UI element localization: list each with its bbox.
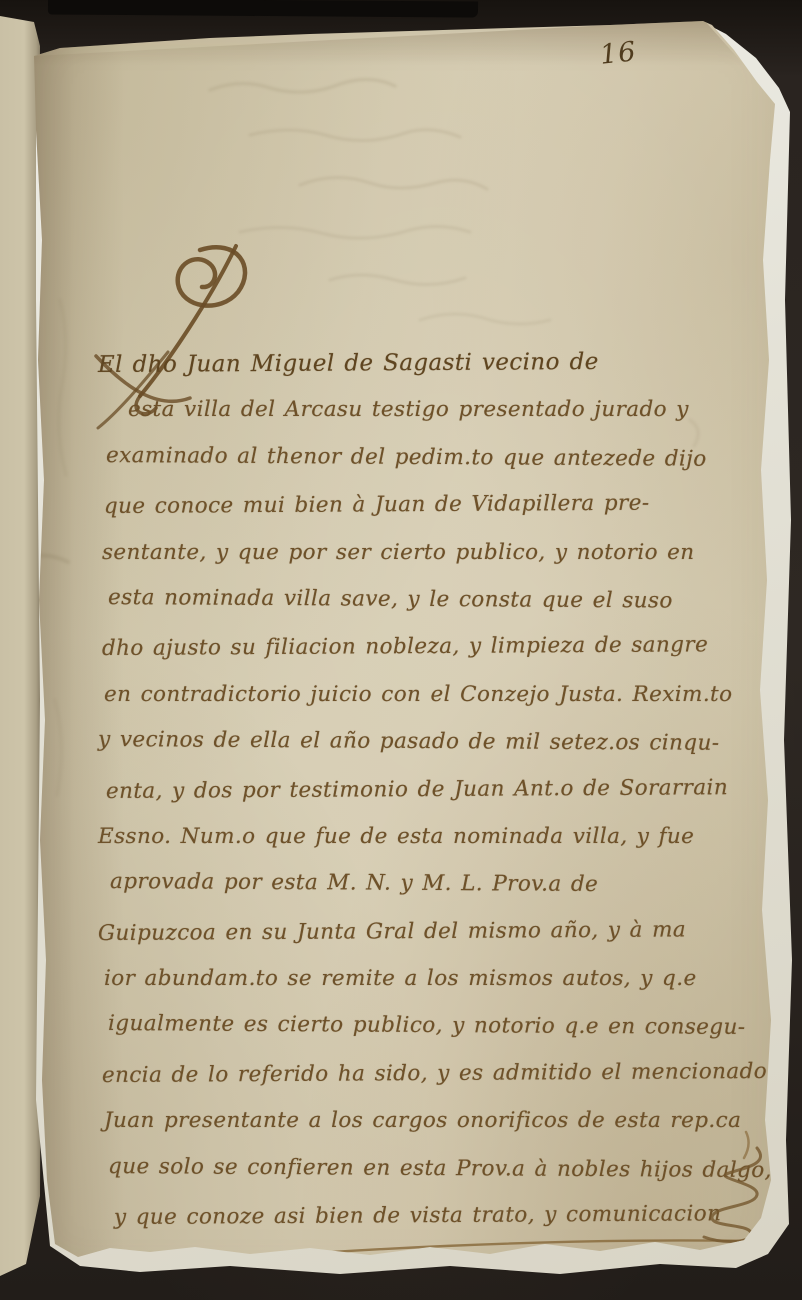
manuscript-line: que solo se confieren en esta Prov.a à n… [108, 1154, 768, 1205]
manuscript-line: enta, y dos por testimonio de Juan Ant.o… [106, 775, 766, 826]
manuscript-line: dho ajusto su filiacion nobleza, y limpi… [102, 632, 762, 683]
manuscript-line: sentante, y que por ser cierto publico, … [102, 540, 762, 587]
manuscript-line: Juan presentante a los cargos onorificos… [104, 1108, 764, 1155]
manuscript-line: y que conoze asi bien de vista trato, y … [114, 1201, 774, 1252]
manuscript-line: esta nominada villa save, y le consta qu… [108, 585, 768, 636]
manuscript-photo: 16 El dho Juan Miguel de Sagasti vecino … [0, 0, 802, 1300]
manuscript-line: en contradictorio juicio con el Conzejo … [104, 682, 764, 729]
manuscript-line: esta villa del Arcasu testigo presentado… [128, 397, 788, 444]
manuscript-line: examinado al thenor del pedim.to que ant… [106, 443, 766, 494]
scanner-shadow-bar [48, 0, 478, 18]
manuscript-page: 16 El dho Juan Miguel de Sagasti vecino … [0, 0, 802, 1300]
manuscript-line: Guipuzcoa en su Junta Gral del mismo año… [98, 917, 758, 968]
manuscript-line: ior abundam.to se remite a los mismos au… [104, 966, 764, 1013]
manuscript-line: y vecinos de ella el año pasado de mil s… [98, 727, 758, 778]
manuscript-line: que conoce mui bien à Juan de Vidapiller… [104, 490, 764, 541]
manuscript-line: El dho Juan Miguel de Sagasti vecino de [98, 348, 758, 399]
manuscript-text-block: El dho Juan Miguel de Sagasti vecino dee… [98, 350, 758, 1250]
folio-number: 16 [598, 36, 637, 71]
manuscript-line: igualmente es cierto publico, y notorio … [108, 1011, 768, 1062]
top-edge-shadow [34, 20, 779, 66]
manuscript-line: Essno. Num.o que fue de esta nominada vi… [98, 824, 758, 871]
manuscript-line: encia de lo referido ha sido, y es admit… [102, 1059, 762, 1110]
manuscript-line: aprovada por esta M. N. y M. L. Prov.a d… [110, 869, 770, 920]
